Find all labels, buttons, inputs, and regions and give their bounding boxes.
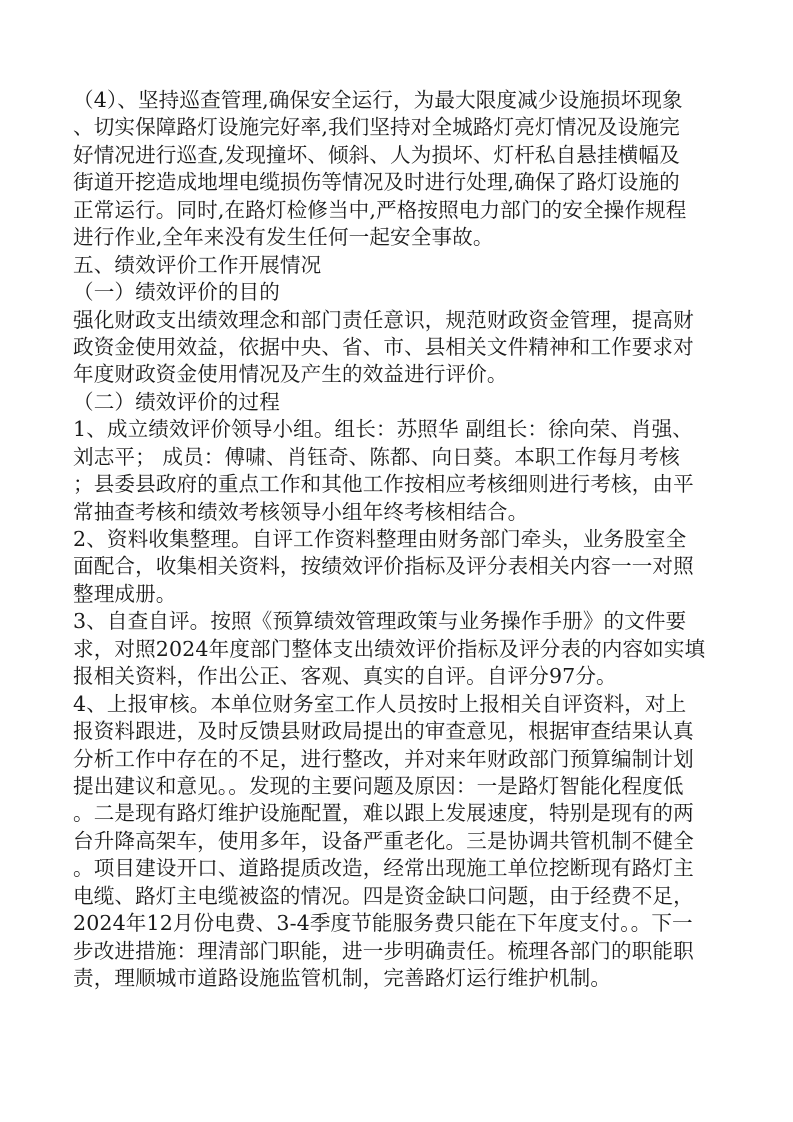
paragraph-4-line-2: 、切实保障路灯设施完好率,我们坚持对全城路灯亮灯情况及设施完: [73, 114, 723, 141]
paragraph-4-line-4: 街道开挖造成地埋电缆损伤等情况及时进行处理,确保了路灯设施的: [73, 169, 723, 196]
subheading-purpose: （一）绩效评价的目的: [73, 279, 723, 306]
process-item-3-line-3: 报相关资料，作出公正、客观、真实的自评。自评分97分。: [73, 663, 723, 690]
process-item-4-line-6: 台升降高架车，使用多年，设备严重老化。三是协调共管机制不健全: [73, 828, 723, 855]
process-item-4-line-1: 4、上报审核。本单位财务室工作人员按时上报相关自评资料，对上: [73, 691, 723, 718]
paragraph-4-line-5: 正常运行。同时,在路灯检修当中,严格按照电力部门的安全操作规程: [73, 197, 723, 224]
paragraph-4-line-1: （4）、坚持巡查管理,确保安全运行，为最大限度减少设施损坏现象: [73, 87, 723, 114]
process-item-4-line-9: 2024年12月份电费、3-4季度节能服务费只能在下年度支付。。下一: [73, 910, 723, 937]
document-page: （4）、坚持巡查管理,确保安全运行，为最大限度减少设施损坏现象 、切实保障路灯设…: [73, 87, 723, 992]
process-item-4-line-10: 步改进措施：理清部门职能，进一步明确责任。梳理各部门的职能职: [73, 938, 723, 965]
process-item-4-line-8: 电缆、路灯主电缆被盗的情况。四是资金缺口问题，由于经费不足，: [73, 883, 723, 910]
section-heading-5: 五、绩效评价工作开展情况: [73, 252, 723, 279]
paragraph-4-line-3: 好情况进行巡查,发现撞坏、倾斜、人为损坏、灯杆私自悬挂横幅及: [73, 142, 723, 169]
process-item-3-line-2: 求，对照2024年度部门整体支出绩效评价指标及评分表的内容如实填: [73, 636, 723, 663]
process-item-2-line-3: 整理成册。: [73, 581, 723, 608]
paragraph-4-line-6: 进行作业,全年来没有发生任何一起安全事故。: [73, 224, 723, 251]
process-item-2-line-1: 2、资料收集整理。自评工作资料整理由财务部门牵头，业务股室全: [73, 526, 723, 553]
purpose-line-2: 政资金使用效益，依据中央、省、市、县相关文件精神和工作要求对: [73, 334, 723, 361]
process-item-1-line-3: ；县委县政府的重点工作和其他工作按相应考核细则进行考核，由平: [73, 471, 723, 498]
subheading-process: （二）绩效评价的过程: [73, 389, 723, 416]
process-item-1-line-2: 刘志平； 成员：傅啸、肖钰奇、陈都、向日葵。本职工作每月考核: [73, 444, 723, 471]
process-item-1-line-4: 常抽查考核和绩效考核领导小组年终考核相结合。: [73, 499, 723, 526]
process-item-4-line-4: 提出建议和意见。。发现的主要问题及原因：一是路灯智能化程度低: [73, 773, 723, 800]
process-item-4-line-2: 报资料跟进，及时反馈县财政局提出的审查意见，根据审查结果认真: [73, 718, 723, 745]
process-item-1-line-1: 1、成立绩效评价领导小组。组长：苏照华 副组长：徐向荣、肖强、: [73, 416, 723, 443]
process-item-4-line-7: 。项目建设开口、道路提质改造，经常出现施工单位挖断现有路灯主: [73, 855, 723, 882]
process-item-4-line-3: 分析工作中存在的不足，进行整改，并对来年财政部门预算编制计划: [73, 746, 723, 773]
purpose-line-1: 强化财政支出绩效理念和部门责任意识，规范财政资金管理，提高财: [73, 307, 723, 334]
process-item-3-line-1: 3、自查自评。按照《预算绩效管理政策与业务操作手册》的文件要: [73, 608, 723, 635]
process-item-2-line-2: 面配合，收集相关资料，按绩效评价指标及评分表相关内容一一对照: [73, 553, 723, 580]
process-item-4-line-5: 。二是现有路灯维护设施配置，难以跟上发展速度，特别是现有的两: [73, 800, 723, 827]
purpose-line-3: 年度财政资金使用情况及产生的效益进行评价。: [73, 361, 723, 388]
process-item-4-line-11: 责，理顺城市道路设施监管机制，完善路灯运行维护机制。: [73, 965, 723, 992]
